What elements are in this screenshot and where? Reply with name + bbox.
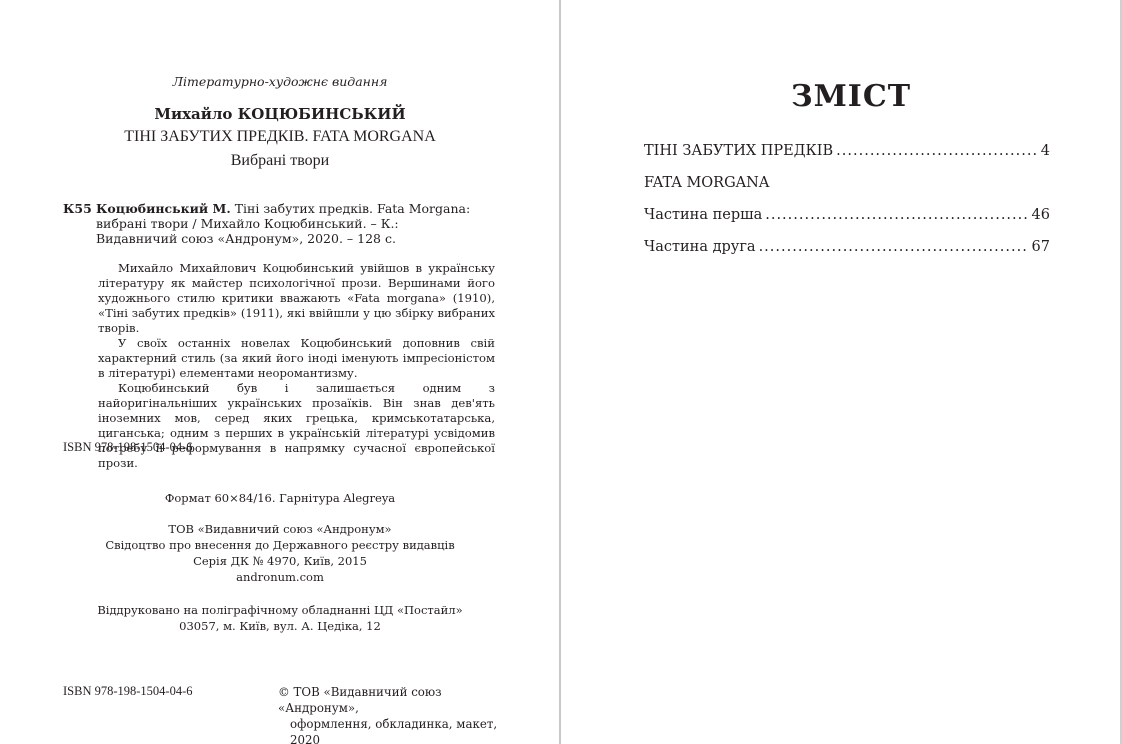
isbn: ISBN 978-198-1504-04-6: [63, 440, 193, 455]
library-code: К55: [63, 201, 92, 216]
toc-title: ЗМІСТ: [561, 79, 1122, 114]
bib-author: Коцюбинський М.: [96, 201, 231, 216]
bibliographic-description: Коцюбинський М. Тіні забутих предків. Fa…: [96, 201, 483, 246]
imprint-page: Літературно-художнє видання Михайло КОЦЮ…: [0, 0, 559, 744]
publisher-line: Серія ДК № 4970, Київ, 2015: [60, 553, 500, 569]
toc-entry-label: FATA MORGANA: [644, 175, 772, 191]
annotation-paragraph: Коцюбинський був і залишається одним з н…: [98, 381, 495, 471]
toc-entry[interactable]: Частина перша 46: [644, 207, 1050, 239]
toc-entry[interactable]: ТІНІ ЗАБУТИХ ПРЕДКІВ 4: [644, 143, 1050, 175]
toc-entry-page: 67: [1029, 239, 1050, 255]
toc-entry-label: Частина перша: [644, 207, 765, 223]
printer-line: Віддруковано на поліграфічному обладнанн…: [60, 602, 500, 618]
publisher-info: ТОВ «Видавничий союз «Андронум» Свідоцтв…: [60, 521, 500, 585]
bibliographic-record: К55 Коцюбинський М. Тіні забутих предків…: [63, 201, 483, 246]
publisher-line: Свідоцтво про внесення до Державного реє…: [60, 537, 500, 553]
footer-isbn: ISBN 978-198-1504-04-6: [63, 684, 193, 699]
toc-entry-label: ТІНІ ЗАБУТИХ ПРЕДКІВ: [644, 143, 836, 159]
printer-info: Віддруковано на поліграфічному обладнанн…: [60, 602, 500, 634]
edition-type: Літературно-художнє видання: [60, 74, 500, 89]
table-of-contents: ТІНІ ЗАБУТИХ ПРЕДКІВ 4 FATA MORGANA Част…: [644, 143, 1050, 271]
copyright-line: © ТОВ «Видавничий союз «Андронум»,: [278, 684, 498, 716]
author-name: Михайло КОЦЮБИНСЬКИЙ: [60, 105, 500, 123]
book-title: ТІНІ ЗАБУТИХ ПРЕДКІВ. FATA MORGANA: [60, 128, 500, 146]
copyright-line: оформлення, обкладинка, макет, 2020: [278, 716, 498, 744]
book-subtitle: Вибрані твори: [60, 152, 500, 170]
toc-leader-dots: [836, 143, 1038, 159]
publisher-website: andronum.com: [60, 569, 500, 585]
toc-entry[interactable]: Частина друга 67: [644, 239, 1050, 271]
publisher-line: ТОВ «Видавничий союз «Андронум»: [60, 521, 500, 537]
toc-entry-page: 4: [1038, 143, 1050, 159]
annotation-paragraph: Михайло Михайлович Коцюбинський увійшов …: [98, 261, 495, 336]
toc-leader-dots: [759, 239, 1029, 255]
annotation-paragraph: У своїх останніх новелах Коцюбинський до…: [98, 336, 495, 381]
contents-page: ЗМІСТ ТІНІ ЗАБУТИХ ПРЕДКІВ 4 FATA MORGAN…: [561, 0, 1120, 744]
format-info: Формат 60×84/16. Гарнітура Alegreya: [60, 490, 500, 506]
printer-address: 03057, м. Київ, вул. А. Цедіка, 12: [60, 618, 500, 634]
copyright-notice: © ТОВ «Видавничий союз «Андронум», оформ…: [278, 684, 498, 744]
toc-entry-page: 46: [1029, 207, 1050, 223]
toc-leader-dots: [765, 207, 1028, 223]
toc-entry-label: Частина друга: [644, 239, 759, 255]
book-spread: Літературно-художнє видання Михайло КОЦЮ…: [0, 0, 1122, 744]
toc-entry[interactable]: FATA MORGANA: [644, 175, 1050, 207]
